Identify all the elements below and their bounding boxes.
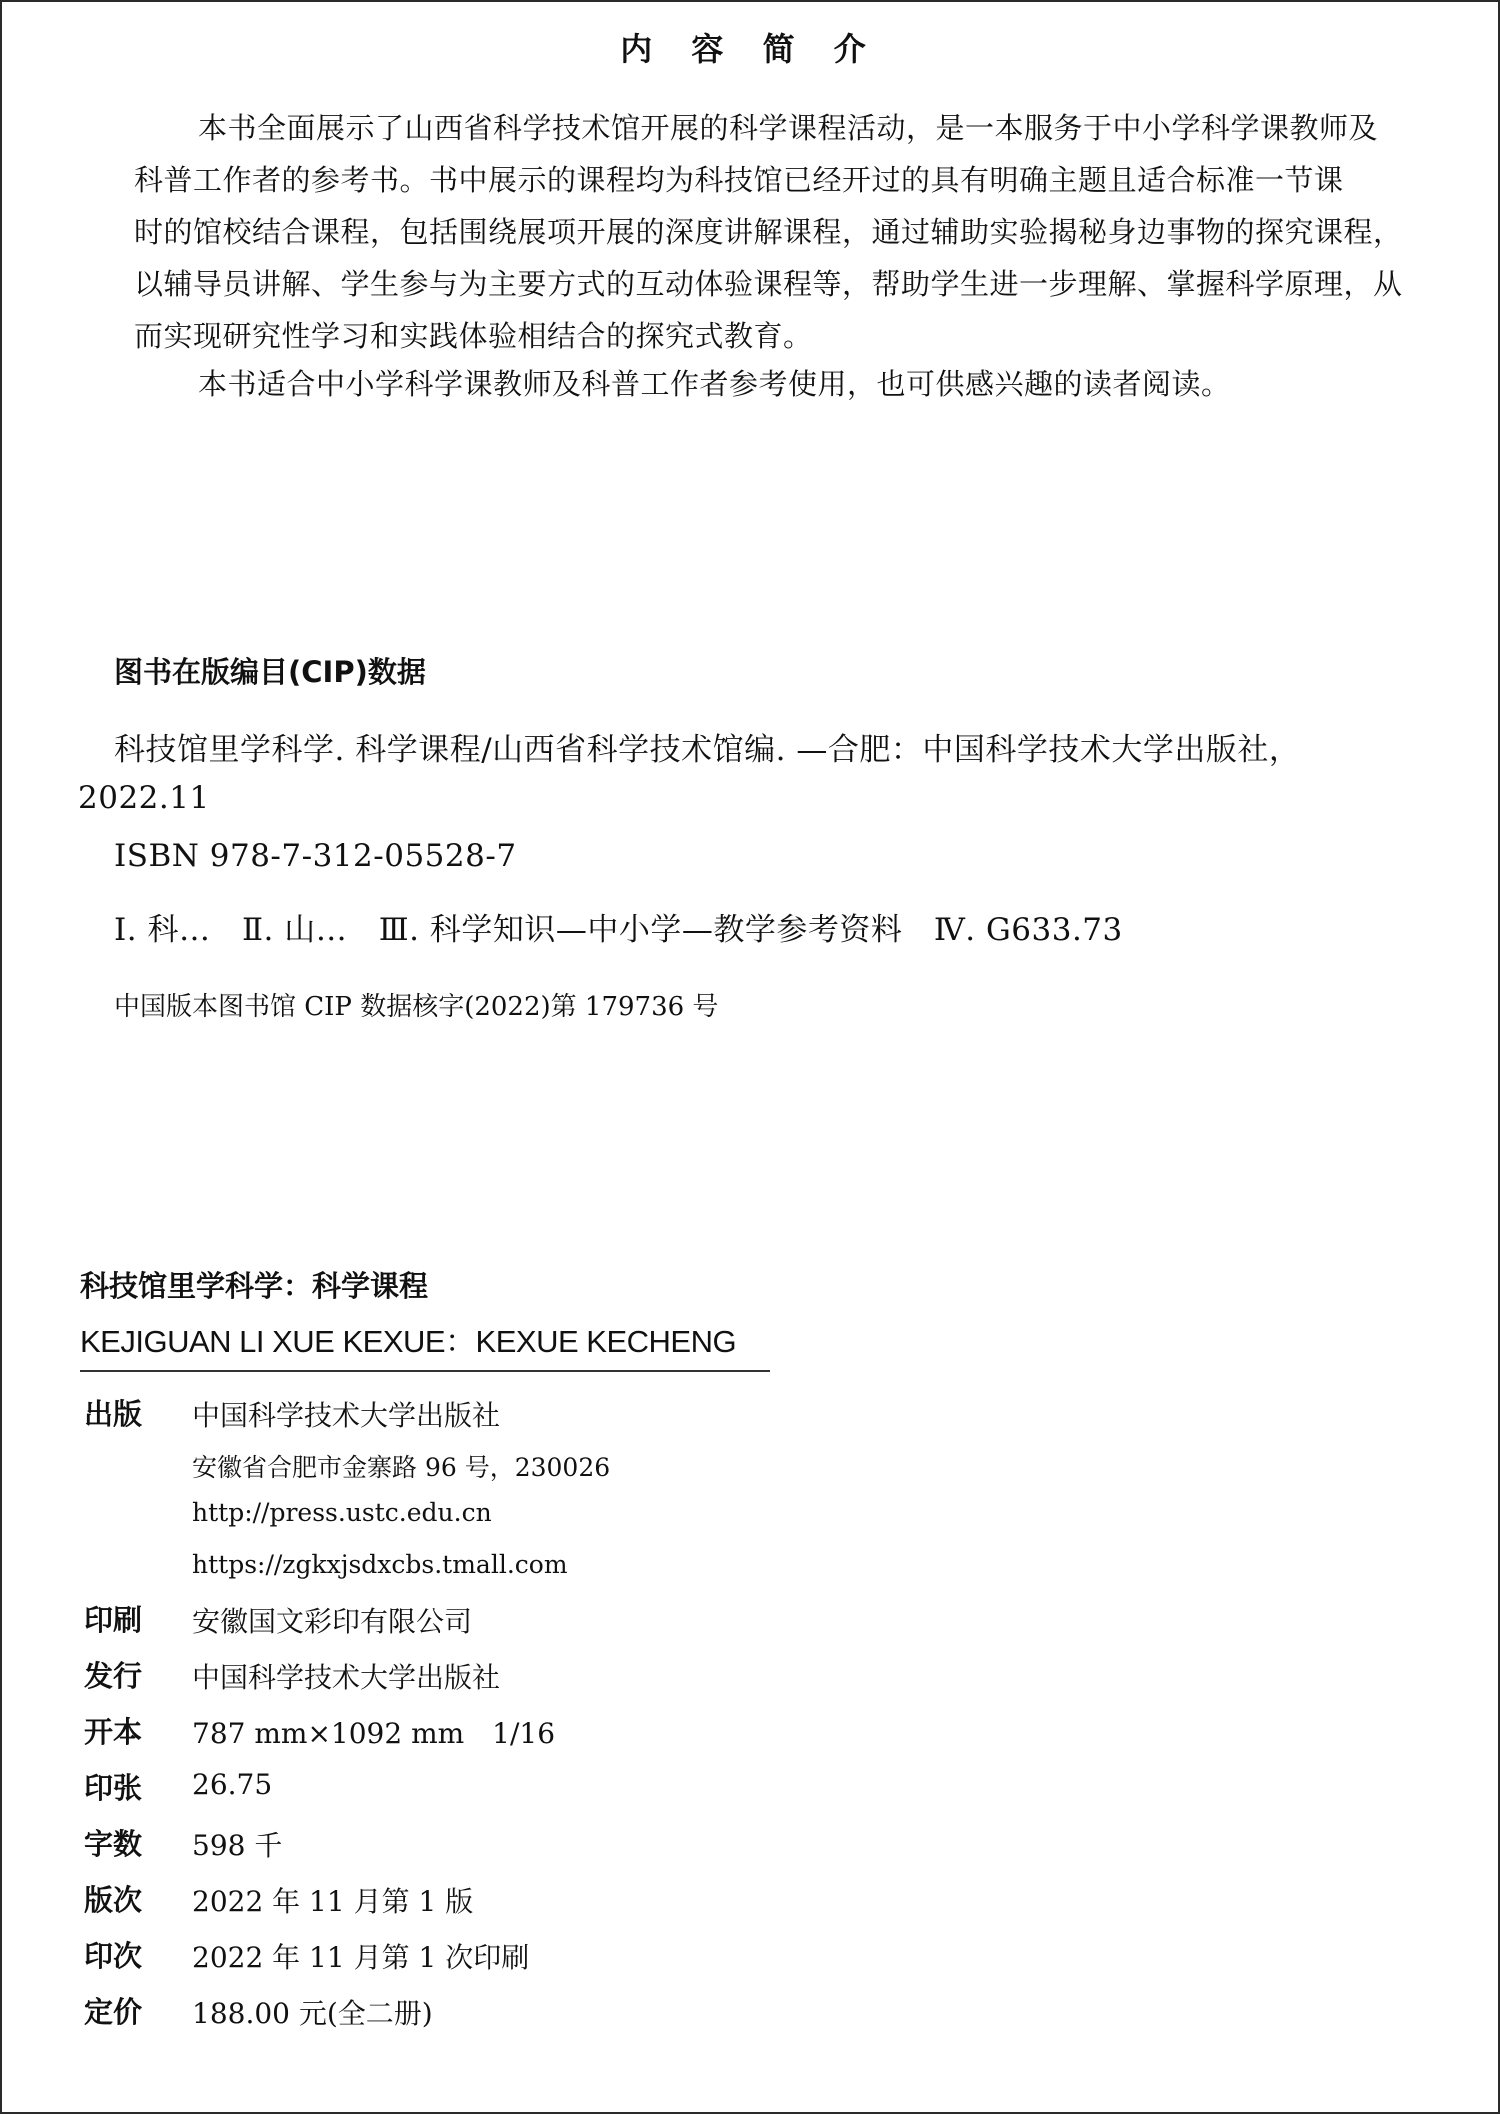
info-label: 发行 (84, 1654, 142, 1695)
publisher-website: http://press.ustc.edu.cn (192, 1498, 492, 1527)
info-label: 印次 (84, 1934, 142, 1975)
info-value: 188.00 元(全二册) (192, 1992, 433, 2032)
intro-paragraph-line: 时的馆校结合课程，包括围绕展项开展的深度讲解课程，通过辅助实验揭秘身边事物的探究… (134, 206, 1403, 258)
info-value: 安徽国文彩印有限公司 (192, 1600, 472, 1640)
info-label: 印张 (84, 1766, 142, 1807)
info-label: 出版 (84, 1392, 142, 1433)
info-value: 中国科学技术大学出版社 (192, 1656, 500, 1696)
cip-verification: 中国版本图书馆 CIP 数据核字(2022)第 179736 号 (114, 986, 718, 1023)
cip-classification: Ⅰ. 科… Ⅱ. 山… Ⅲ. 科学知识—中小学—教学参考资料 Ⅳ. G633.7… (114, 904, 1123, 949)
copyright-page: 内 容 简 介 本书全面展示了山西省科学技术馆开展的科学课程活动，是一本服务于中… (0, 0, 1500, 2114)
info-label: 印刷 (84, 1598, 142, 1639)
cip-record-line: 科技馆里学科学. 科学课程/山西省科学技术馆编. —合肥：中国科学技术大学出版社… (114, 724, 1300, 769)
intro-title: 内 容 简 介 (2, 24, 1498, 70)
intro-paragraph-line: 本书全面展示了山西省科学技术馆开展的科学课程活动，是一本服务于中小学科学课教师及 (198, 102, 1378, 154)
info-value: 598 千 (192, 1824, 282, 1864)
cip-record-date: 2022.11 (78, 780, 210, 816)
info-label: 字数 (84, 1822, 142, 1863)
cip-heading: 图书在版编目(CIP)数据 (114, 650, 426, 691)
info-label: 开本 (84, 1710, 142, 1751)
info-value: 2022 年 11 月第 1 次印刷 (192, 1936, 529, 1976)
info-label: 定价 (84, 1990, 142, 2031)
intro-paragraph-line: 科普工作者的参考书。书中展示的课程均为科技馆已经开过的具有明确主题且适合标准一节… (134, 154, 1344, 206)
publisher-address: 安徽省合肥市金寨路 96 号，230026 (192, 1448, 610, 1484)
book-title-pinyin: KEJIGUAN LI XUE KEXUE：KEXUE KECHENG (80, 1316, 736, 1361)
title-divider (80, 1370, 770, 1372)
intro-paragraph-line: 而实现研究性学习和实践体验相结合的探究式教育。 (134, 310, 813, 362)
intro-paragraph-line: 以辅导员讲解、学生参与为主要方式的互动体验课程等，帮助学生进一步理解、掌握科学原… (134, 258, 1403, 310)
cip-isbn: ISBN 978-7-312-05528-7 (114, 838, 517, 874)
book-title-cn: 科技馆里学科学：科学课程 (80, 1264, 428, 1305)
intro-paragraph-2: 本书适合中小学科学课教师及科普工作者参考使用，也可供感兴趣的读者阅读。 (198, 358, 1231, 410)
info-value: 2022 年 11 月第 1 版 (192, 1880, 473, 1920)
publisher-store: https://zgkxjsdxcbs.tmall.com (192, 1550, 568, 1579)
info-value: 26.75 (192, 1768, 272, 1801)
info-value: 787 mm×1092 mm 1/16 (192, 1712, 555, 1752)
info-label: 版次 (84, 1878, 142, 1919)
publisher-name: 中国科学技术大学出版社 (192, 1394, 500, 1434)
